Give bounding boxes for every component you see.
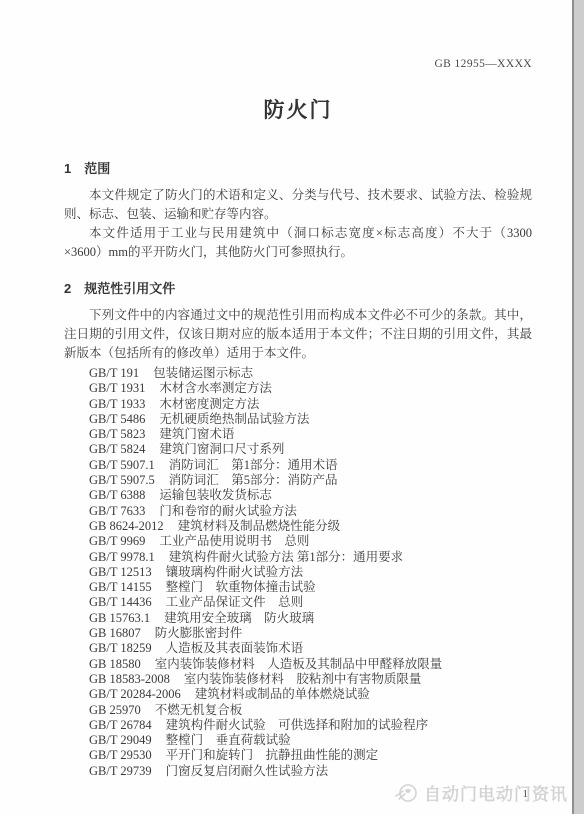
reference-code: GB/T 1933 xyxy=(89,397,145,411)
reference-code: GB/T 20284-2006 xyxy=(89,687,181,701)
reference-item: GB 16807防火膨胀密封件 xyxy=(89,626,532,641)
reference-code: GB/T 5824 xyxy=(89,442,145,456)
reference-code: GB/T 9978.1 xyxy=(89,550,155,564)
reference-code: GB 25970 xyxy=(89,703,141,717)
reference-item: GB 25970不燃无机复合板 xyxy=(89,703,532,718)
section-1-title: 范围 xyxy=(84,161,110,176)
page-edge-strip xyxy=(572,0,584,814)
reference-item: GB/T 26784建筑构件耐火试验 可供选择和附加的试验程序 xyxy=(89,718,532,733)
reference-title: 门和卷帘的耐火试验方法 xyxy=(159,504,297,518)
reference-code: GB/T 1931 xyxy=(89,381,145,395)
reference-code: GB 18583-2008 xyxy=(89,672,170,686)
reference-item: GB/T 191包装储运图示标志 xyxy=(89,366,532,381)
reference-code: GB 8624-2012 xyxy=(89,519,164,533)
document-page: GB 12955—XXXX 防火门 1范围 本文件规定了防火门的术语和定义、分类… xyxy=(0,0,584,814)
reference-title: 运输包装收发货标志 xyxy=(159,488,272,502)
document-title: 防火门 xyxy=(64,94,532,124)
section-1-paragraphs: 本文件规定了防火门的术语和定义、分类与代号、技术要求、试验方法、检验规则、标志、… xyxy=(64,186,532,262)
paragraph: 下列文件中的内容通过文中的规范性引用而构成本文件必不可少的条款。其中，注日期的引… xyxy=(64,306,532,363)
reference-item: GB/T 5907.1消防词汇 第1部分：通用术语 xyxy=(89,458,532,473)
reference-code: GB/T 5907.1 xyxy=(89,458,155,472)
reference-code: GB/T 12513 xyxy=(89,565,152,579)
reference-title: 防火膨胀密封件 xyxy=(155,626,243,640)
page-content: GB 12955—XXXX 防火门 1范围 本文件规定了防火门的术语和定义、分类… xyxy=(64,0,532,800)
reference-item: GB/T 18259人造板及其表面装饰术语 xyxy=(89,641,532,656)
reference-item: GB/T 29739门窗反复启闭耐久性试验方法 xyxy=(89,764,532,779)
reference-title: 木材含水率测定方法 xyxy=(159,381,272,395)
reference-code: GB 18580 xyxy=(89,657,141,671)
section-2-paragraphs: 下列文件中的内容通过文中的规范性引用而构成本文件必不可少的条款。其中，注日期的引… xyxy=(64,306,532,363)
reference-code: GB/T 29739 xyxy=(89,764,152,778)
references-list: GB/T 191包装储运图示标志 GB/T 1931木材含水率测定方法 GB/T… xyxy=(64,366,532,779)
reference-code: GB 16807 xyxy=(89,626,141,640)
reference-item: GB/T 29049整樘门 垂直荷载试验 xyxy=(89,733,532,748)
section-2-heading: 2规范性引用文件 xyxy=(64,278,532,297)
reference-title: 工业产品保证文件 总则 xyxy=(166,595,304,609)
reference-item: GB/T 5486无机硬质绝热制品试验方法 xyxy=(89,412,532,427)
reference-item: GB/T 1933木材密度测定方法 xyxy=(89,397,532,412)
reference-item: GB 18580室内装饰装修材料 人造板及其制品中甲醛释放限量 xyxy=(89,657,532,672)
reference-title: 平开门和旋转门 抗静扭曲性能的测定 xyxy=(166,748,379,762)
reference-title: 建筑用安全玻璃 防火玻璃 xyxy=(164,611,314,625)
reference-title: 消防词汇 第5部分：消防产品 xyxy=(169,473,338,487)
reference-title: 建筑门窗洞口尺寸系列 xyxy=(159,442,284,456)
reference-item: GB/T 12513镶玻璃构件耐火试验方法 xyxy=(89,565,532,580)
reference-title: 木材密度测定方法 xyxy=(159,397,259,411)
reference-item: GB 18583-2008室内装饰装修材料 胶粘剂中有害物质限量 xyxy=(89,672,532,687)
reference-item: GB/T 9969工业产品使用说明书 总则 xyxy=(89,534,532,549)
reference-title: 工业产品使用说明书 总则 xyxy=(159,534,309,548)
paragraph: 本文件规定了防火门的术语和定义、分类与代号、技术要求、试验方法、检验规则、标志、… xyxy=(64,186,532,224)
reference-title: 整樘门 软重物体撞击试验 xyxy=(166,580,316,594)
reference-item: GB/T 14436工业产品保证文件 总则 xyxy=(89,595,532,610)
reference-title: 消防词汇 第1部分：通用术语 xyxy=(169,458,338,472)
reference-code: GB/T 5823 xyxy=(89,427,145,441)
reference-title: 建筑构件耐火试验方法 第1部分：通用要求 xyxy=(169,550,403,564)
reference-title: 不燃无机复合板 xyxy=(155,703,243,717)
reference-title: 人造板及其表面装饰术语 xyxy=(166,641,304,655)
reference-title: 门窗反复启闭耐久性试验方法 xyxy=(166,764,329,778)
reference-title: 建筑材料及制品燃烧性能分级 xyxy=(178,519,341,533)
reference-item: GB/T 20284-2006建筑材料或制品的单体燃烧试验 xyxy=(89,687,532,702)
reference-item: GB/T 9978.1建筑构件耐火试验方法 第1部分：通用要求 xyxy=(89,550,532,565)
reference-code: GB/T 29049 xyxy=(89,733,152,747)
reference-code: GB/T 9969 xyxy=(89,534,145,548)
reference-code: GB/T 5907.5 xyxy=(89,473,155,487)
reference-code: GB/T 14155 xyxy=(89,580,152,594)
reference-item: GB/T 7633门和卷帘的耐火试验方法 xyxy=(89,504,532,519)
section-1-number: 1 xyxy=(64,161,71,176)
watermark-text: 自动门电动门资讯 xyxy=(424,780,568,805)
reference-code: GB/T 7633 xyxy=(89,504,145,518)
reference-item: GB/T 5823建筑门窗术语 xyxy=(89,427,532,442)
reference-title: 无机硬质绝热制品试验方法 xyxy=(159,412,309,426)
reference-item: GB/T 1931木材含水率测定方法 xyxy=(89,381,532,396)
section-2-title: 规范性引用文件 xyxy=(84,281,175,296)
reference-item: GB/T 5824建筑门窗洞口尺寸系列 xyxy=(89,442,532,457)
reference-item: GB/T 29530平开门和旋转门 抗静扭曲性能的测定 xyxy=(89,748,532,763)
reference-title: 镶玻璃构件耐火试验方法 xyxy=(166,565,304,579)
reference-title: 建筑构件耐火试验 可供选择和附加的试验程序 xyxy=(166,718,429,732)
reference-code: GB/T 191 xyxy=(89,366,139,380)
bird-logo-icon xyxy=(394,781,418,805)
standard-code: GB 12955—XXXX xyxy=(64,58,532,70)
reference-title: 整樘门 垂直荷载试验 xyxy=(166,733,291,747)
reference-item: GB/T 6388运输包装收发货标志 xyxy=(89,488,532,503)
reference-code: GB 15763.1 xyxy=(89,611,150,625)
reference-title: 室内装饰装修材料 胶粘剂中有害物质限量 xyxy=(184,672,422,686)
reference-item: GB/T 14155整樘门 软重物体撞击试验 xyxy=(89,580,532,595)
reference-title: 室内装饰装修材料 人造板及其制品中甲醛释放限量 xyxy=(155,657,443,671)
reference-code: GB/T 29530 xyxy=(89,748,152,762)
reference-code: GB/T 18259 xyxy=(89,641,152,655)
section-2-number: 2 xyxy=(64,281,71,296)
reference-code: GB/T 26784 xyxy=(89,718,152,732)
reference-title: 包装储运图示标志 xyxy=(153,366,253,380)
section-1-heading: 1范围 xyxy=(64,158,532,177)
reference-code: GB/T 5486 xyxy=(89,412,145,426)
watermark: 自动门电动门资讯 xyxy=(394,780,568,805)
reference-item: GB/T 5907.5消防词汇 第5部分：消防产品 xyxy=(89,473,532,488)
reference-code: GB/T 14436 xyxy=(89,595,152,609)
reference-item: GB 8624-2012建筑材料及制品燃烧性能分级 xyxy=(89,519,532,534)
reference-code: GB/T 6388 xyxy=(89,488,145,502)
reference-title: 建筑门窗术语 xyxy=(159,427,234,441)
reference-title: 建筑材料或制品的单体燃烧试验 xyxy=(195,687,370,701)
reference-item: GB 15763.1建筑用安全玻璃 防火玻璃 xyxy=(89,611,532,626)
paragraph: 本文件适用于工业与民用建筑中（洞口标志宽度×标志高度）不大于（3300 ×360… xyxy=(64,224,532,262)
